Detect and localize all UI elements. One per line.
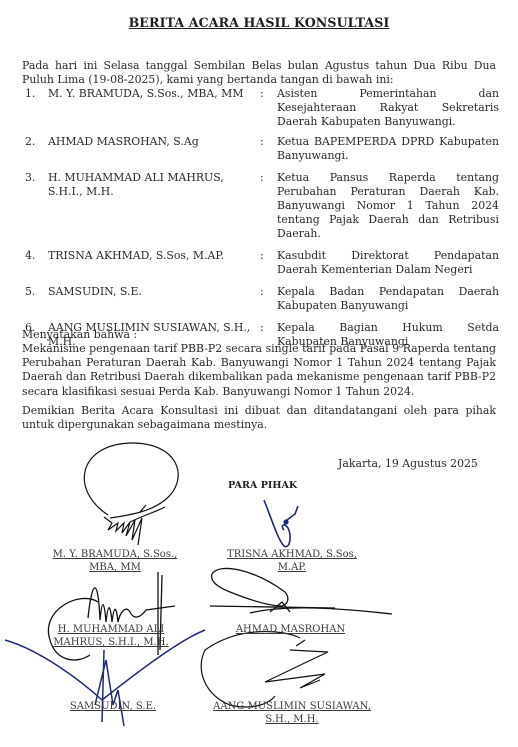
signatory-name-line1: M. Y. BRAMUDA, S.Sos., [40,548,190,561]
place-date: Jakarta, 19 Agustus 2025 [338,457,478,470]
party-name: M. Y. BRAMUDA, S.Sos., MBA, MM [48,87,260,129]
document-title: BERITA ACARA HASIL KONSULTASI [0,15,518,30]
para-pihak-heading: PARA PIHAK [228,480,297,491]
signatory-name-line1: TRISNA AKHMAD, S.Sos, [216,548,368,561]
party-row: 1. M. Y. BRAMUDA, S.Sos., MBA, MM : Asis… [22,87,496,129]
party-row: 4. TRISNA AKHMAD, S.Sos, M.AP. : Kasubdi… [22,249,496,277]
statement-paragraph: Mekanisme pengenaan tarif PBB-P2 secara … [22,342,496,399]
signatory-aang: AANG MUSLIMIN SUSIAWAN, S.H., M.H. [206,700,378,726]
party-number: 3. [22,171,48,241]
signature-masrohan-icon [210,568,392,614]
signatory-name-line2: MAHRUS, S.H.I., M.H. [46,636,176,649]
document-page: BERITA ACARA HASIL KONSULTASI Pada hari … [0,0,518,747]
party-name: H. MUHAMMAD ALI MAHRUS, S.H.I., M.H. [48,171,260,241]
signature-bramuda-icon [84,443,178,545]
party-role: Ketua BAPEMPERDA DPRD Kabupaten Banyuwan… [277,135,499,163]
party-number: 4. [22,249,48,277]
party-colon: : [260,135,277,163]
signatory-name-line1: H. MUHAMMAD ALI [46,623,176,636]
party-row: 3. H. MUHAMMAD ALI MAHRUS, S.H.I., M.H. … [22,171,496,241]
party-colon: : [260,171,277,241]
party-number: 2. [22,135,48,163]
signatory-mahrus: H. MUHAMMAD ALI MAHRUS, S.H.I., M.H. [46,623,176,649]
party-colon: : [260,285,277,313]
signatory-masrohan: AHMAD MASROHAN [228,623,353,636]
party-name: TRISNA AKHMAD, S.Sos, M.AP. [48,249,260,277]
signatory-bramuda: M. Y. BRAMUDA, S.Sos., MBA, MM [40,548,190,574]
party-row: 5. SAMSUDIN, S.E. : Kepala Badan Pendapa… [22,285,496,313]
intro-paragraph: Pada hari ini Selasa tanggal Sembilan Be… [22,59,496,87]
parties-list: 1. M. Y. BRAMUDA, S.Sos., MBA, MM : Asis… [22,87,496,357]
party-role: Ketua Pansus Raperda tentang Perubahan P… [277,171,499,241]
party-name: SAMSUDIN, S.E. [48,285,260,313]
signatory-samsudin: SAMSUDIN, S.E. [60,700,166,713]
signatory-trisna: TRISNA AKHMAD, S.Sos, M.AP. [216,548,368,574]
signatory-name-line2: MBA, MM [40,561,190,574]
party-number: 1. [22,87,48,129]
signature-trisna-icon [264,500,298,547]
party-colon: : [260,87,277,129]
party-name: AHMAD MASROHAN, S.Ag [48,135,260,163]
party-number: 5. [22,285,48,313]
signatory-name-line1: AHMAD MASROHAN [228,623,353,636]
party-row: 2. AHMAD MASROHAN, S.Ag : Ketua BAPEMPER… [22,135,496,163]
party-role: Kasubdit Direktorat Pendapatan Daerah Ke… [277,249,499,277]
party-role: Asisten Pemerintahan dan Kesejahteraan R… [277,87,499,129]
signatory-name-line1: AANG MUSLIMIN SUSIAWAN, [206,700,378,713]
signatory-name-line2: S.H., M.H. [206,713,378,726]
party-role: Kepala Badan Pendapatan Daerah Kabupaten… [277,285,499,313]
signatory-name-line2: M.AP. [216,561,368,574]
statement-label: Menyatakan bahwa : [22,328,137,341]
signature-aang-icon [201,631,328,706]
closing-paragraph: Demikian Berita Acara Konsultasi ini dib… [22,404,496,432]
signatory-name-line1: SAMSUDIN, S.E. [60,700,166,713]
party-colon: : [260,249,277,277]
